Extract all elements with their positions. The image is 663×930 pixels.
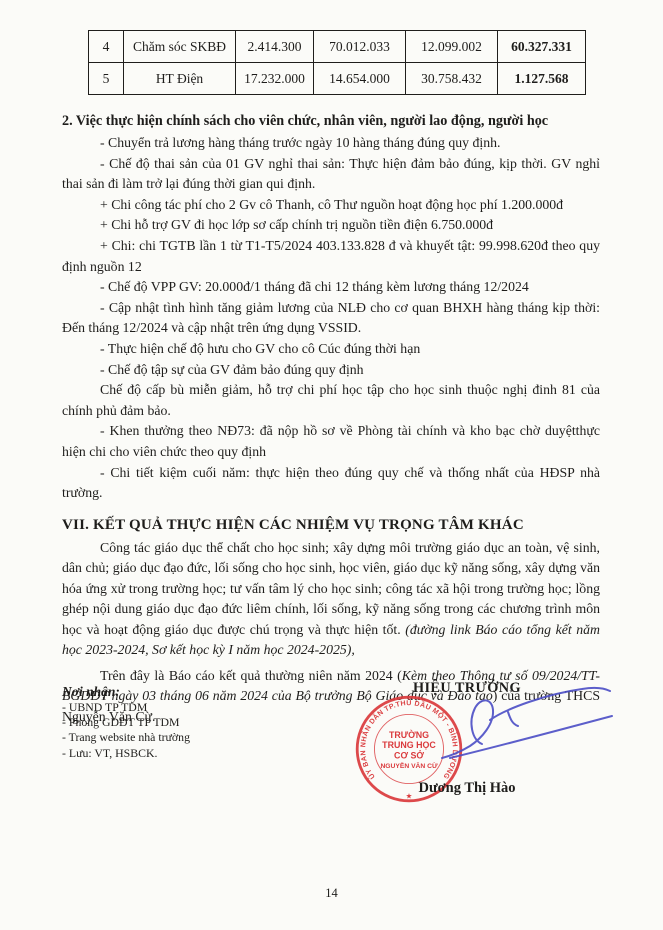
section-7-body: Công tác giáo dục thể chất cho học sinh;… [62,538,600,661]
policy-item: - Thực hiện chế độ hưu cho GV cho cô Cúc… [62,339,600,360]
table-row: 4 Chăm sóc SKBĐ 2.414.300 70.012.033 12.… [89,31,586,63]
policy-item: - Chi tiết kiệm cuối năm: thực hiện theo… [62,463,600,504]
amount-cell: 14.654.000 [314,63,406,95]
amount-total-cell: 60.327.331 [498,31,586,63]
policy-item: - Cập nhật tình hình tăng giảm lương của… [62,298,600,339]
amount-cell: 2.414.300 [236,31,314,63]
amount-total-cell: 1.127.568 [498,63,586,95]
recipient-item: - UBND TP TDM [62,700,190,715]
expenditure-table: 4 Chăm sóc SKBĐ 2.414.300 70.012.033 12.… [88,30,586,95]
amount-cell: 17.232.000 [236,63,314,95]
policy-item: - Khen thưởng theo NĐ73: đã nộp hồ sơ về… [62,421,600,462]
policy-item: + Chi: chi TGTB lần 1 từ T1-T5/2024 403.… [62,236,600,277]
principal-name: Dương Thị Hào [347,780,587,797]
recipients-block: Nơi nhận: - UBND TP TDM - Phòng GDĐT TP … [62,683,190,761]
policy-item: + Chi hỗ trợ GV đi học lớp sơ cấp chính … [62,215,600,236]
section-2-heading: 2. Việc thực hiện chính sách cho viên ch… [62,111,600,132]
amount-cell: 12.099.002 [406,31,498,63]
recipients-heading: Nơi nhận: [62,683,190,700]
document-page: 4 Chăm sóc SKBĐ 2.414.300 70.012.033 12.… [0,0,663,930]
document-content: 4 Chăm sóc SKBĐ 2.414.300 70.012.033 12.… [62,0,600,727]
policy-item: - Chuyển trả lương hàng tháng trước ngày… [62,133,600,154]
item-name-cell: HT Điện [124,63,236,95]
row-number-cell: 4 [89,31,124,63]
amount-cell: 30.758.432 [406,63,498,95]
document-footer: Nơi nhận: - UBND TP TDM - Phòng GDĐT TP … [62,680,601,900]
policy-item: - Chế độ VPP GV: 20.000đ/1 tháng đã chi … [62,277,600,298]
policy-item: Chế độ cấp bù miễn giảm, hỗ trợ chi phí … [62,380,600,421]
policy-item: - Chế độ thai sản của 01 GV nghỉ thai sả… [62,154,600,195]
amount-cell: 70.012.033 [314,31,406,63]
recipient-item: - Phòng GDĐT TP TDM [62,715,190,730]
policy-item: - Chế độ tập sự của GV đảm bảo đúng quy … [62,360,600,381]
page-number: 14 [0,886,663,901]
table-row: 5 HT Điện 17.232.000 14.654.000 30.758.4… [89,63,586,95]
section-7-heading: VII. KẾT QUẢ THỰC HIỆN CÁC NHIỆM VỤ TRỌN… [62,514,600,536]
recipient-item: - Lưu: VT, HSBCK. [62,746,190,761]
item-name-cell: Chăm sóc SKBĐ [124,31,236,63]
policy-item: + Chi công tác phí cho 2 Gv cô Thanh, cô… [62,195,600,216]
row-number-cell: 5 [89,63,124,95]
recipient-item: - Trang website nhà trường [62,730,190,745]
signature-ink [332,682,622,792]
